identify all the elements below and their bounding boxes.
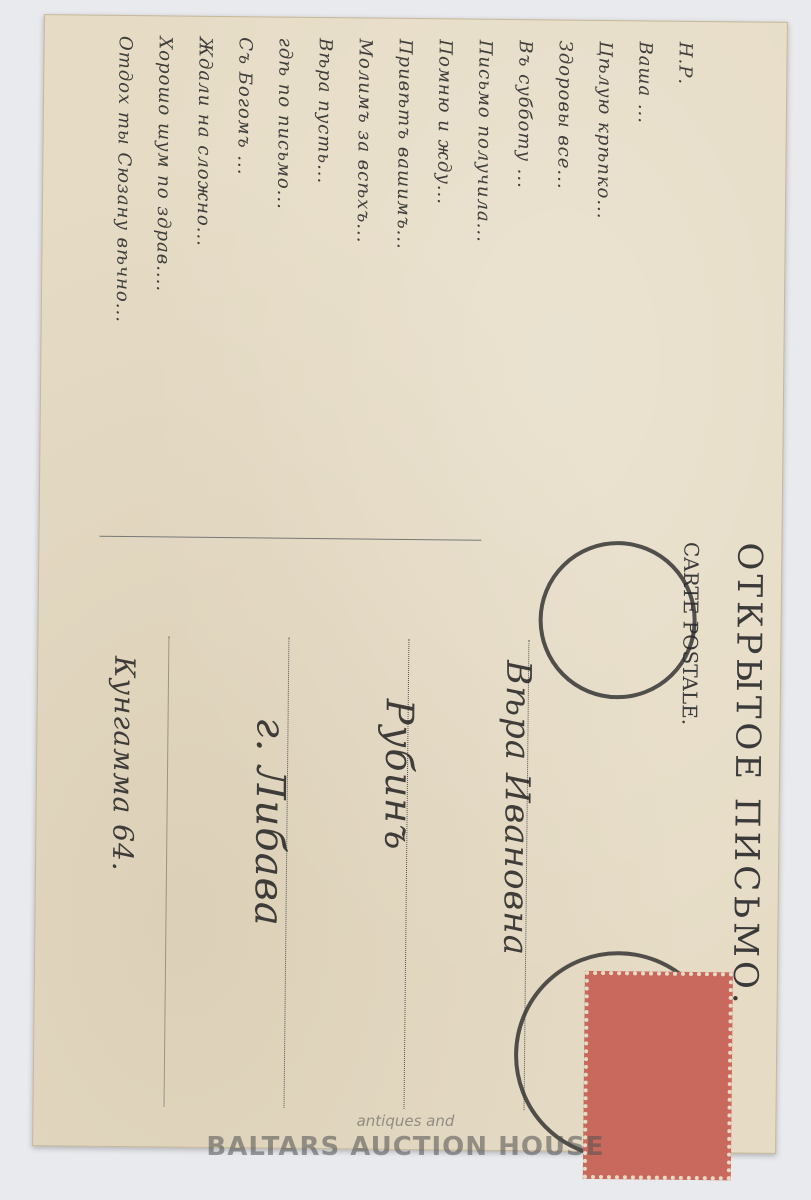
address-line-1: Вѣра Ивановна (495, 660, 538, 956)
address-line-4: Кунгамма 64. (106, 656, 141, 872)
message-line: Здоровы все... (553, 40, 576, 189)
watermark-line-2: BALTARS AUCTION HOUSE (0, 1132, 811, 1162)
postcard: ОТКРЫТОЕ ПИСЬМО. CARTE POSTALE. Отдох ты… (32, 14, 788, 1154)
message-divider (99, 536, 481, 541)
address-line-3: г. Либава (245, 717, 293, 927)
message-line: Отдох ты Сюзану вѣчно... (112, 36, 136, 323)
message-line: Помню и жду... (433, 39, 456, 205)
message-line: гдѣ по письмо... (273, 38, 296, 210)
address-line-2: Рубинъ (376, 699, 422, 851)
message-line: Хорошо шум по здрав.... (152, 36, 176, 292)
postcard-header-ru: ОТКРЫТОЕ ПИСЬМО. (725, 542, 770, 1007)
message-line: Письмо получила... (473, 40, 496, 243)
message-line: Молимъ за всѣхъ... (353, 38, 376, 243)
message-line: Ждали на сложно... (193, 37, 216, 247)
message-line: Цѣлую крѣпко... (593, 41, 616, 220)
watermark-line-1: antiques and (0, 1112, 811, 1130)
message-line: Въ субботу ... (513, 40, 536, 189)
message-line: Ваша ... (634, 41, 656, 124)
postmark-circle (538, 540, 698, 700)
address-line (164, 636, 170, 1106)
message-line: Вѣра пусть... (313, 38, 336, 184)
message-line: Привѣтъ вашимъ... (392, 39, 415, 250)
message-line: Съ Богомъ ... (233, 37, 255, 176)
message-line: Н.Р. (674, 42, 695, 85)
